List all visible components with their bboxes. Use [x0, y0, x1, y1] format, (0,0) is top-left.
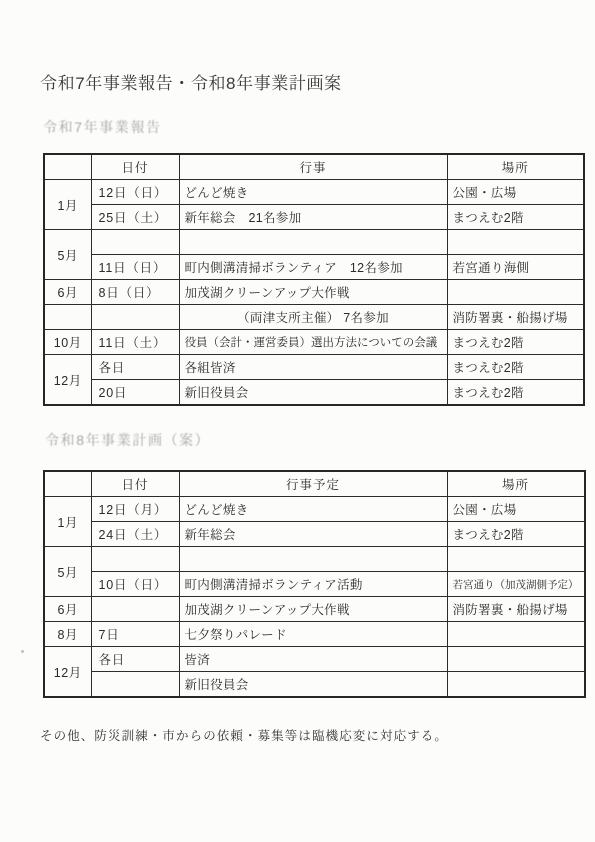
cell-event: 新年総会 21名参加 — [179, 205, 447, 230]
table-row: （両津支所主催） 7名参加 消防署裏・船揚げ場 — [44, 305, 584, 330]
document-page: 令和7年事業報告・令和8年事業計画案 令和7年事業報告 日付 行事 場所 1月 … — [0, 0, 595, 842]
scan-speck — [21, 650, 24, 653]
cell-date: 7日 — [91, 622, 179, 647]
cell-month: 1月 — [44, 180, 91, 230]
cell-date: 12日（日） — [91, 180, 179, 205]
cell-date: 20日 — [91, 380, 179, 406]
table-row: 10日（日） 町内側溝清掃ボランティア活動 若宮通り（加茂湖側予定） — [44, 572, 585, 597]
cell-month: 6月 — [44, 280, 91, 305]
cell-event: 町内側溝清掃ボランティア活動 — [179, 572, 447, 597]
table-row: 6月 加茂湖クリーンアップ大作戦 消防署裏・船揚げ場 — [44, 597, 585, 622]
cell-month: 8月 — [44, 622, 91, 647]
cell-month: 12月 — [44, 647, 91, 698]
cell-event: 役員（会計・運営委員）選出方法についての会議 — [179, 330, 447, 355]
cell-event: 新旧役員会 — [179, 380, 447, 406]
cell-event — [179, 547, 447, 572]
cell-place — [447, 672, 585, 698]
column-header-event: 行事予定 — [179, 471, 447, 497]
cell-date — [91, 230, 179, 255]
cell-date — [91, 672, 179, 698]
table-row: 11日（日） 町内側溝清掃ボランティア 12名参加 若宮通り海側 — [44, 255, 584, 280]
column-header-event: 行事 — [179, 154, 447, 180]
cell-place: まつえむ2階 — [447, 380, 584, 406]
table-row: 新旧役員会 — [44, 672, 585, 698]
cell-place: 消防署裏・船揚げ場 — [447, 597, 585, 622]
cell-event: 町内側溝清掃ボランティア 12名参加 — [179, 255, 447, 280]
cell-month: 1月 — [44, 497, 91, 547]
cell-date: 各日 — [91, 355, 179, 380]
column-header-date: 日付 — [91, 154, 179, 180]
report-table: 日付 行事 場所 1月 12日（日） どんど焼き 公園・広場 25日（土） 新年… — [43, 153, 585, 406]
cell-event: 皆済 — [179, 647, 447, 672]
cell-event: 新年総会 — [179, 522, 447, 547]
table-row: 5月 — [44, 547, 585, 572]
cell-event: 加茂湖クリーンアップ大作戦 — [179, 597, 447, 622]
column-header-place: 場所 — [447, 154, 584, 180]
cell-place: 消防署裏・船揚げ場 — [447, 305, 584, 330]
table-row: 1月 12日（月） どんど焼き 公園・広場 — [44, 497, 585, 522]
cell-month: 10月 — [44, 330, 91, 355]
table-row: 12月 各日 皆済 — [44, 647, 585, 672]
cell-date: 10日（日） — [91, 572, 179, 597]
cell-place: まつえむ2階 — [447, 330, 584, 355]
section-heading-report: 令和7年事業報告 — [43, 117, 162, 137]
cell-month: 5月 — [44, 230, 91, 280]
cell-place: まつえむ2階 — [447, 205, 584, 230]
column-header-month — [44, 471, 91, 497]
table-row: 25日（土） 新年総会 21名参加 まつえむ2階 — [44, 205, 584, 230]
cell-place: 公園・広場 — [447, 497, 585, 522]
cell-month: 12月 — [44, 355, 91, 406]
cell-month: 6月 — [44, 597, 91, 622]
cell-place — [447, 230, 584, 255]
cell-date: 25日（土） — [91, 205, 179, 230]
column-header-date: 日付 — [91, 471, 179, 497]
cell-date: 8日（日） — [91, 280, 179, 305]
table-row: 8月 7日 七夕祭りパレード — [44, 622, 585, 647]
plan-table: 日付 行事予定 場所 1月 12日（月） どんど焼き 公園・広場 24日（土） … — [43, 470, 586, 698]
table-row: 6月 8日（日） 加茂湖クリーンアップ大作戦 — [44, 280, 584, 305]
cell-place — [447, 622, 585, 647]
table-row: 1月 12日（日） どんど焼き 公園・広場 — [44, 180, 584, 205]
cell-place: 若宮通り海側 — [447, 255, 584, 280]
cell-place: 若宮通り（加茂湖側予定） — [447, 572, 585, 597]
column-header-place: 場所 — [447, 471, 585, 497]
cell-place: まつえむ2階 — [447, 522, 585, 547]
cell-date: 24日（土） — [91, 522, 179, 547]
cell-event: 新旧役員会 — [179, 672, 447, 698]
section-heading-plan: 令和8年事業計画（案） — [45, 430, 210, 450]
page-title: 令和7年事業報告・令和8年事業計画案 — [40, 69, 342, 94]
cell-event: どんど焼き — [179, 497, 447, 522]
cell-event: 各組皆済 — [179, 355, 447, 380]
cell-place: まつえむ2階 — [447, 355, 584, 380]
cell-place — [447, 647, 585, 672]
table-row: 24日（土） 新年総会 まつえむ2階 — [44, 522, 585, 547]
table-row: 10月 11日（土） 役員（会計・運営委員）選出方法についての会議 まつえむ2階 — [44, 330, 584, 355]
cell-month: 5月 — [44, 547, 91, 597]
cell-place — [447, 547, 585, 572]
column-header-month — [44, 154, 91, 180]
cell-event — [179, 230, 447, 255]
table-row: 20日 新旧役員会 まつえむ2階 — [44, 380, 584, 406]
table-row: 5月 — [44, 230, 584, 255]
table-header-row: 日付 行事 場所 — [44, 154, 584, 180]
footnote: その他、防災訓練・市からの依頼・募集等は臨機応変に対応する。 — [40, 726, 448, 744]
table-header-row: 日付 行事予定 場所 — [44, 471, 585, 497]
cell-place: 公園・広場 — [447, 180, 584, 205]
cell-event: どんど焼き — [179, 180, 447, 205]
cell-date: 各日 — [91, 647, 179, 672]
cell-event: 七夕祭りパレード — [179, 622, 447, 647]
cell-month — [44, 305, 91, 330]
table-row: 12月 各日 各組皆済 まつえむ2階 — [44, 355, 584, 380]
cell-date — [91, 305, 179, 330]
cell-event: 加茂湖クリーンアップ大作戦 — [179, 280, 447, 305]
cell-date — [91, 597, 179, 622]
cell-place — [447, 280, 584, 305]
cell-date: 12日（月） — [91, 497, 179, 522]
cell-date: 11日（土） — [91, 330, 179, 355]
cell-date — [91, 547, 179, 572]
cell-event: （両津支所主催） 7名参加 — [179, 305, 447, 330]
cell-date: 11日（日） — [91, 255, 179, 280]
